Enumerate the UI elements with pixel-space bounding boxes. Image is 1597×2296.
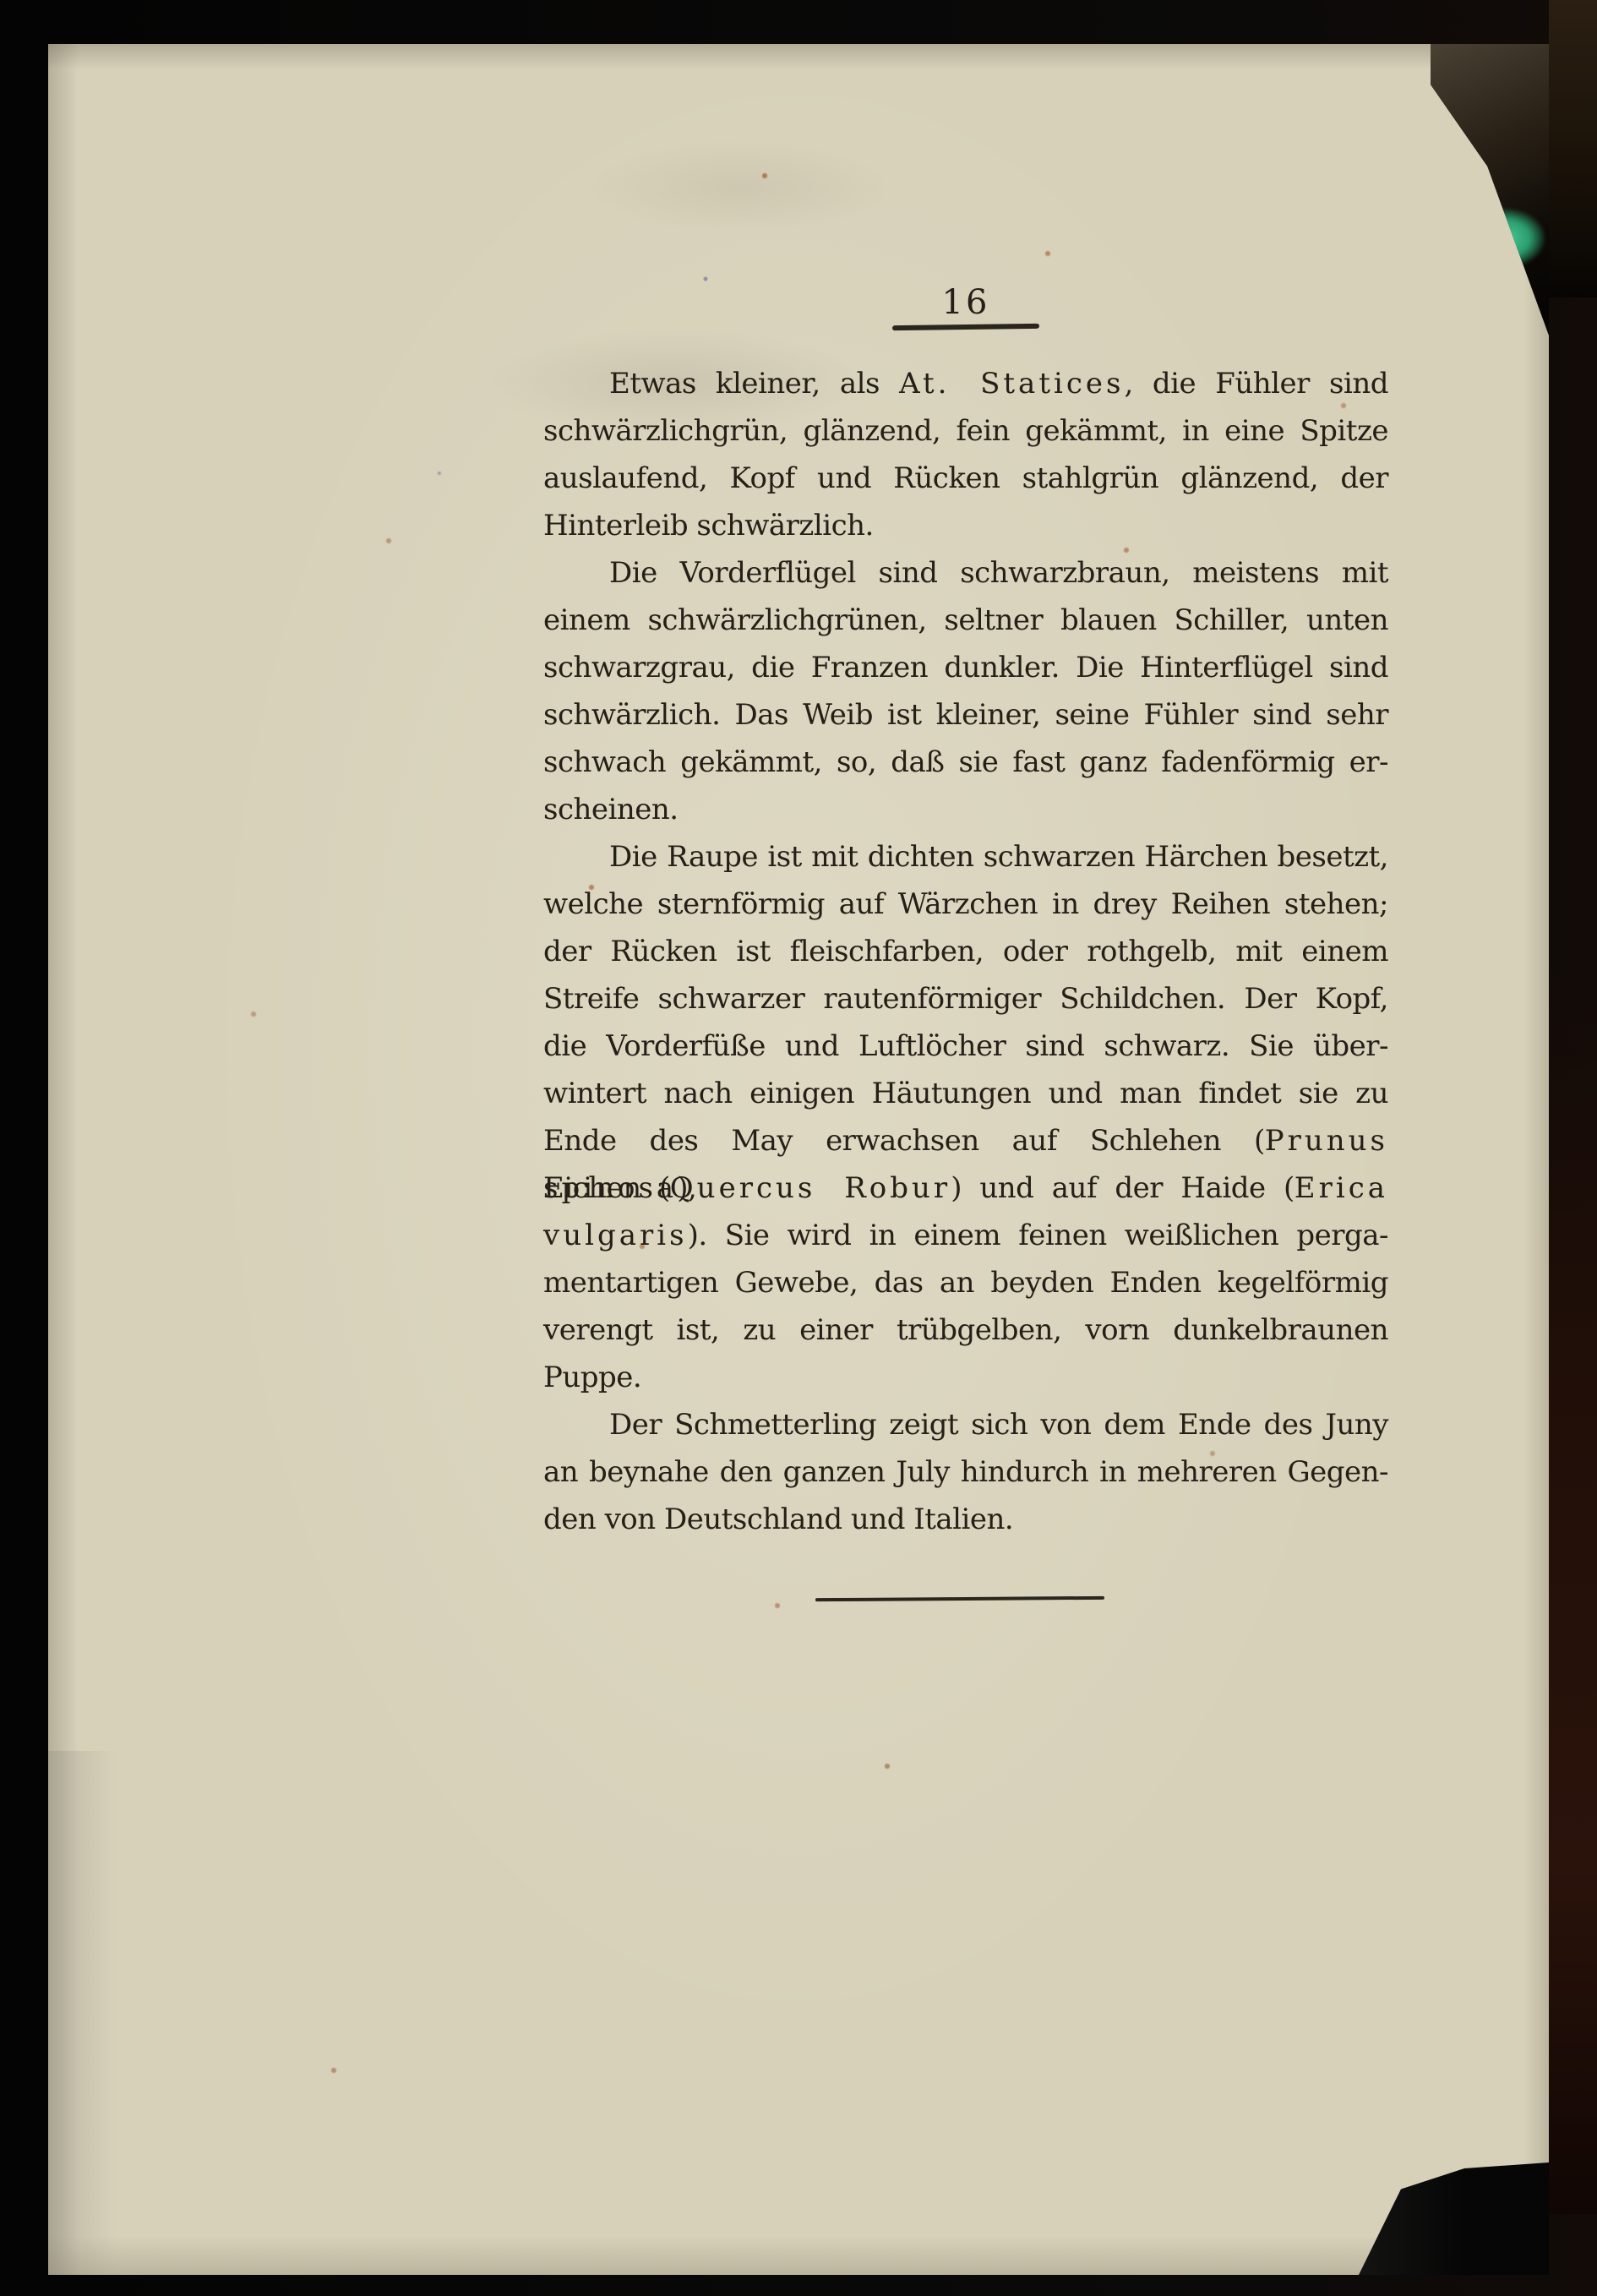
text-segment: den von Deutschland und Italien. xyxy=(543,1502,1013,1536)
text-segment: Eichen ( xyxy=(543,1171,670,1205)
text-segment: Hinterleib schwärzlich. xyxy=(543,509,874,543)
text-segment: Die Raupe ist mit dichten schwarzen Härc… xyxy=(609,840,1388,874)
text-line: an beynahe den ganzen July hindurch in m… xyxy=(543,1448,1388,1496)
book-fore-edge xyxy=(1549,972,1597,2214)
text-line: verengt ist, zu einer trübgelben, vorn d… xyxy=(543,1306,1388,1354)
species-name-latin: Quercus Robur xyxy=(670,1171,951,1205)
text-line: schwärzlichgrün, glänzend, fein gekämmt,… xyxy=(543,407,1388,455)
page-corner-shadow xyxy=(1338,2127,1549,2275)
text-segment: Etwas kleiner, als xyxy=(609,367,899,401)
text-segment: schwärzlich. Das Weib ist kleiner, seine… xyxy=(543,698,1388,732)
text-segment: schwarzgrau, die Franzen dunkler. Die Hi… xyxy=(543,651,1388,684)
species-name-latin: Erica xyxy=(1294,1171,1388,1205)
text-line: auslaufend, Kopf und Rücken stahlgrün gl… xyxy=(543,455,1388,502)
text-segment: ). Sie wird in einem feinen weißlichen p… xyxy=(688,1219,1388,1252)
paragraph: Die Raupe ist mit dichten schwarzen Härc… xyxy=(543,833,1388,1401)
text-line: Hinterleib schwärzlich. xyxy=(543,502,1388,549)
paragraph: Der Schmetterling zeigt sich von dem End… xyxy=(543,1401,1388,1543)
text-segment: schwärzlichgrün, glänzend, fein gekämmt,… xyxy=(543,414,1388,448)
text-segment: wintert nach einigen Häutungen und man f… xyxy=(543,1077,1388,1110)
text-segment: an beynahe den ganzen July hindurch in m… xyxy=(543,1455,1388,1489)
text-line: mentartigen Gewebe, das an beyden Enden … xyxy=(543,1259,1388,1306)
text-line: schwach gekämmt, so, daß sie fast ganz f… xyxy=(543,739,1388,786)
text-segment: mentartigen Gewebe, das an beyden Enden … xyxy=(543,1266,1388,1300)
text-segment: ) und auf der Haide ( xyxy=(951,1171,1294,1205)
text-line: einem schwärzlichgrünen, seltner blauen … xyxy=(543,597,1388,644)
text-line: die Vorderfüße und Luftlöcher sind schwa… xyxy=(543,1023,1388,1070)
text-segment: schwach gekämmt, so, daß sie fast ganz f… xyxy=(543,745,1388,779)
underlying-page-edge xyxy=(48,1751,128,2275)
species-name-latin: At. Statices xyxy=(899,367,1124,401)
text-segment: einem schwärzlichgrünen, seltner blauen … xyxy=(543,603,1388,637)
page-number-rule xyxy=(892,324,1039,330)
text-line: den von Deutschland und Italien. xyxy=(543,1496,1388,1543)
text-segment: Streife schwarzer rautenförmiger Schildc… xyxy=(543,982,1388,1016)
text-segment: Puppe. xyxy=(543,1361,641,1394)
text-line: schwarzgrau, die Franzen dunkler. Die Hi… xyxy=(543,644,1388,691)
text-line: Die Raupe ist mit dichten schwarzen Härc… xyxy=(543,833,1388,881)
text-segment: welche sternförmig auf Wärzchen in drey … xyxy=(543,887,1388,921)
text-segment: der Rücken ist fleischfarben, oder rothg… xyxy=(543,935,1388,968)
scan-background: 16 Etwas kleiner, als At. Statices, die … xyxy=(0,0,1597,2296)
text-line: Streife schwarzer rautenförmiger Schildc… xyxy=(543,975,1388,1023)
text-line: Eichen (Quercus Robur) und auf der Haide… xyxy=(543,1164,1388,1212)
text-line: scheinen. xyxy=(543,786,1388,833)
text-line: wintert nach einigen Häutungen und man f… xyxy=(543,1070,1388,1117)
text-line: Ende des May erwachsen auf Schlehen (Pru… xyxy=(543,1117,1388,1164)
text-segment: , die Fühler sind xyxy=(1124,367,1388,401)
species-name-latin: vulgaris xyxy=(543,1219,688,1252)
binding-corner-shadow xyxy=(1431,44,1549,335)
text-segment: Ende des May erwachsen auf Schlehen ( xyxy=(543,1124,1265,1158)
text-line: vulgaris). Sie wird in einem feinen weiß… xyxy=(543,1212,1388,1259)
text-segment: Die Vorderflügel sind schwarzbraun, meis… xyxy=(609,556,1388,590)
text-line: Der Schmetterling zeigt sich von dem End… xyxy=(543,1401,1388,1448)
text-segment: verengt ist, zu einer trübgelben, vorn d… xyxy=(543,1313,1388,1347)
text-segment: die Vorderfüße und Luftlöcher sind schwa… xyxy=(543,1029,1388,1063)
section-end-rule xyxy=(815,1596,1104,1601)
text-line: Etwas kleiner, als At. Statices, die Füh… xyxy=(543,360,1388,407)
page-number: 16 xyxy=(543,283,1388,322)
text-segment: auslaufend, Kopf und Rücken stahlgrün gl… xyxy=(543,461,1388,495)
text-line: welche sternförmig auf Wärzchen in drey … xyxy=(543,881,1388,928)
page-header: 16 xyxy=(543,283,1388,330)
paragraph: Die Vorderflügel sind schwarzbraun, meis… xyxy=(543,549,1388,833)
text-line: der Rücken ist fleischfarben, oder rothg… xyxy=(543,928,1388,975)
book-page: 16 Etwas kleiner, als At. Statices, die … xyxy=(48,44,1549,2275)
paragraph: Etwas kleiner, als At. Statices, die Füh… xyxy=(543,360,1388,549)
text-segment: Der Schmetterling zeigt sich von dem End… xyxy=(609,1408,1388,1442)
text-line: Puppe. xyxy=(543,1354,1388,1401)
text-segment: scheinen. xyxy=(543,793,679,826)
text-line: Die Vorderflügel sind schwarzbraun, meis… xyxy=(543,549,1388,597)
ribbon-glimpse xyxy=(1464,209,1545,268)
text-column: Etwas kleiner, als At. Statices, die Füh… xyxy=(543,360,1388,1543)
book-spine-edge xyxy=(1549,0,1597,297)
text-line: schwärzlich. Das Weib ist kleiner, seine… xyxy=(543,691,1388,739)
